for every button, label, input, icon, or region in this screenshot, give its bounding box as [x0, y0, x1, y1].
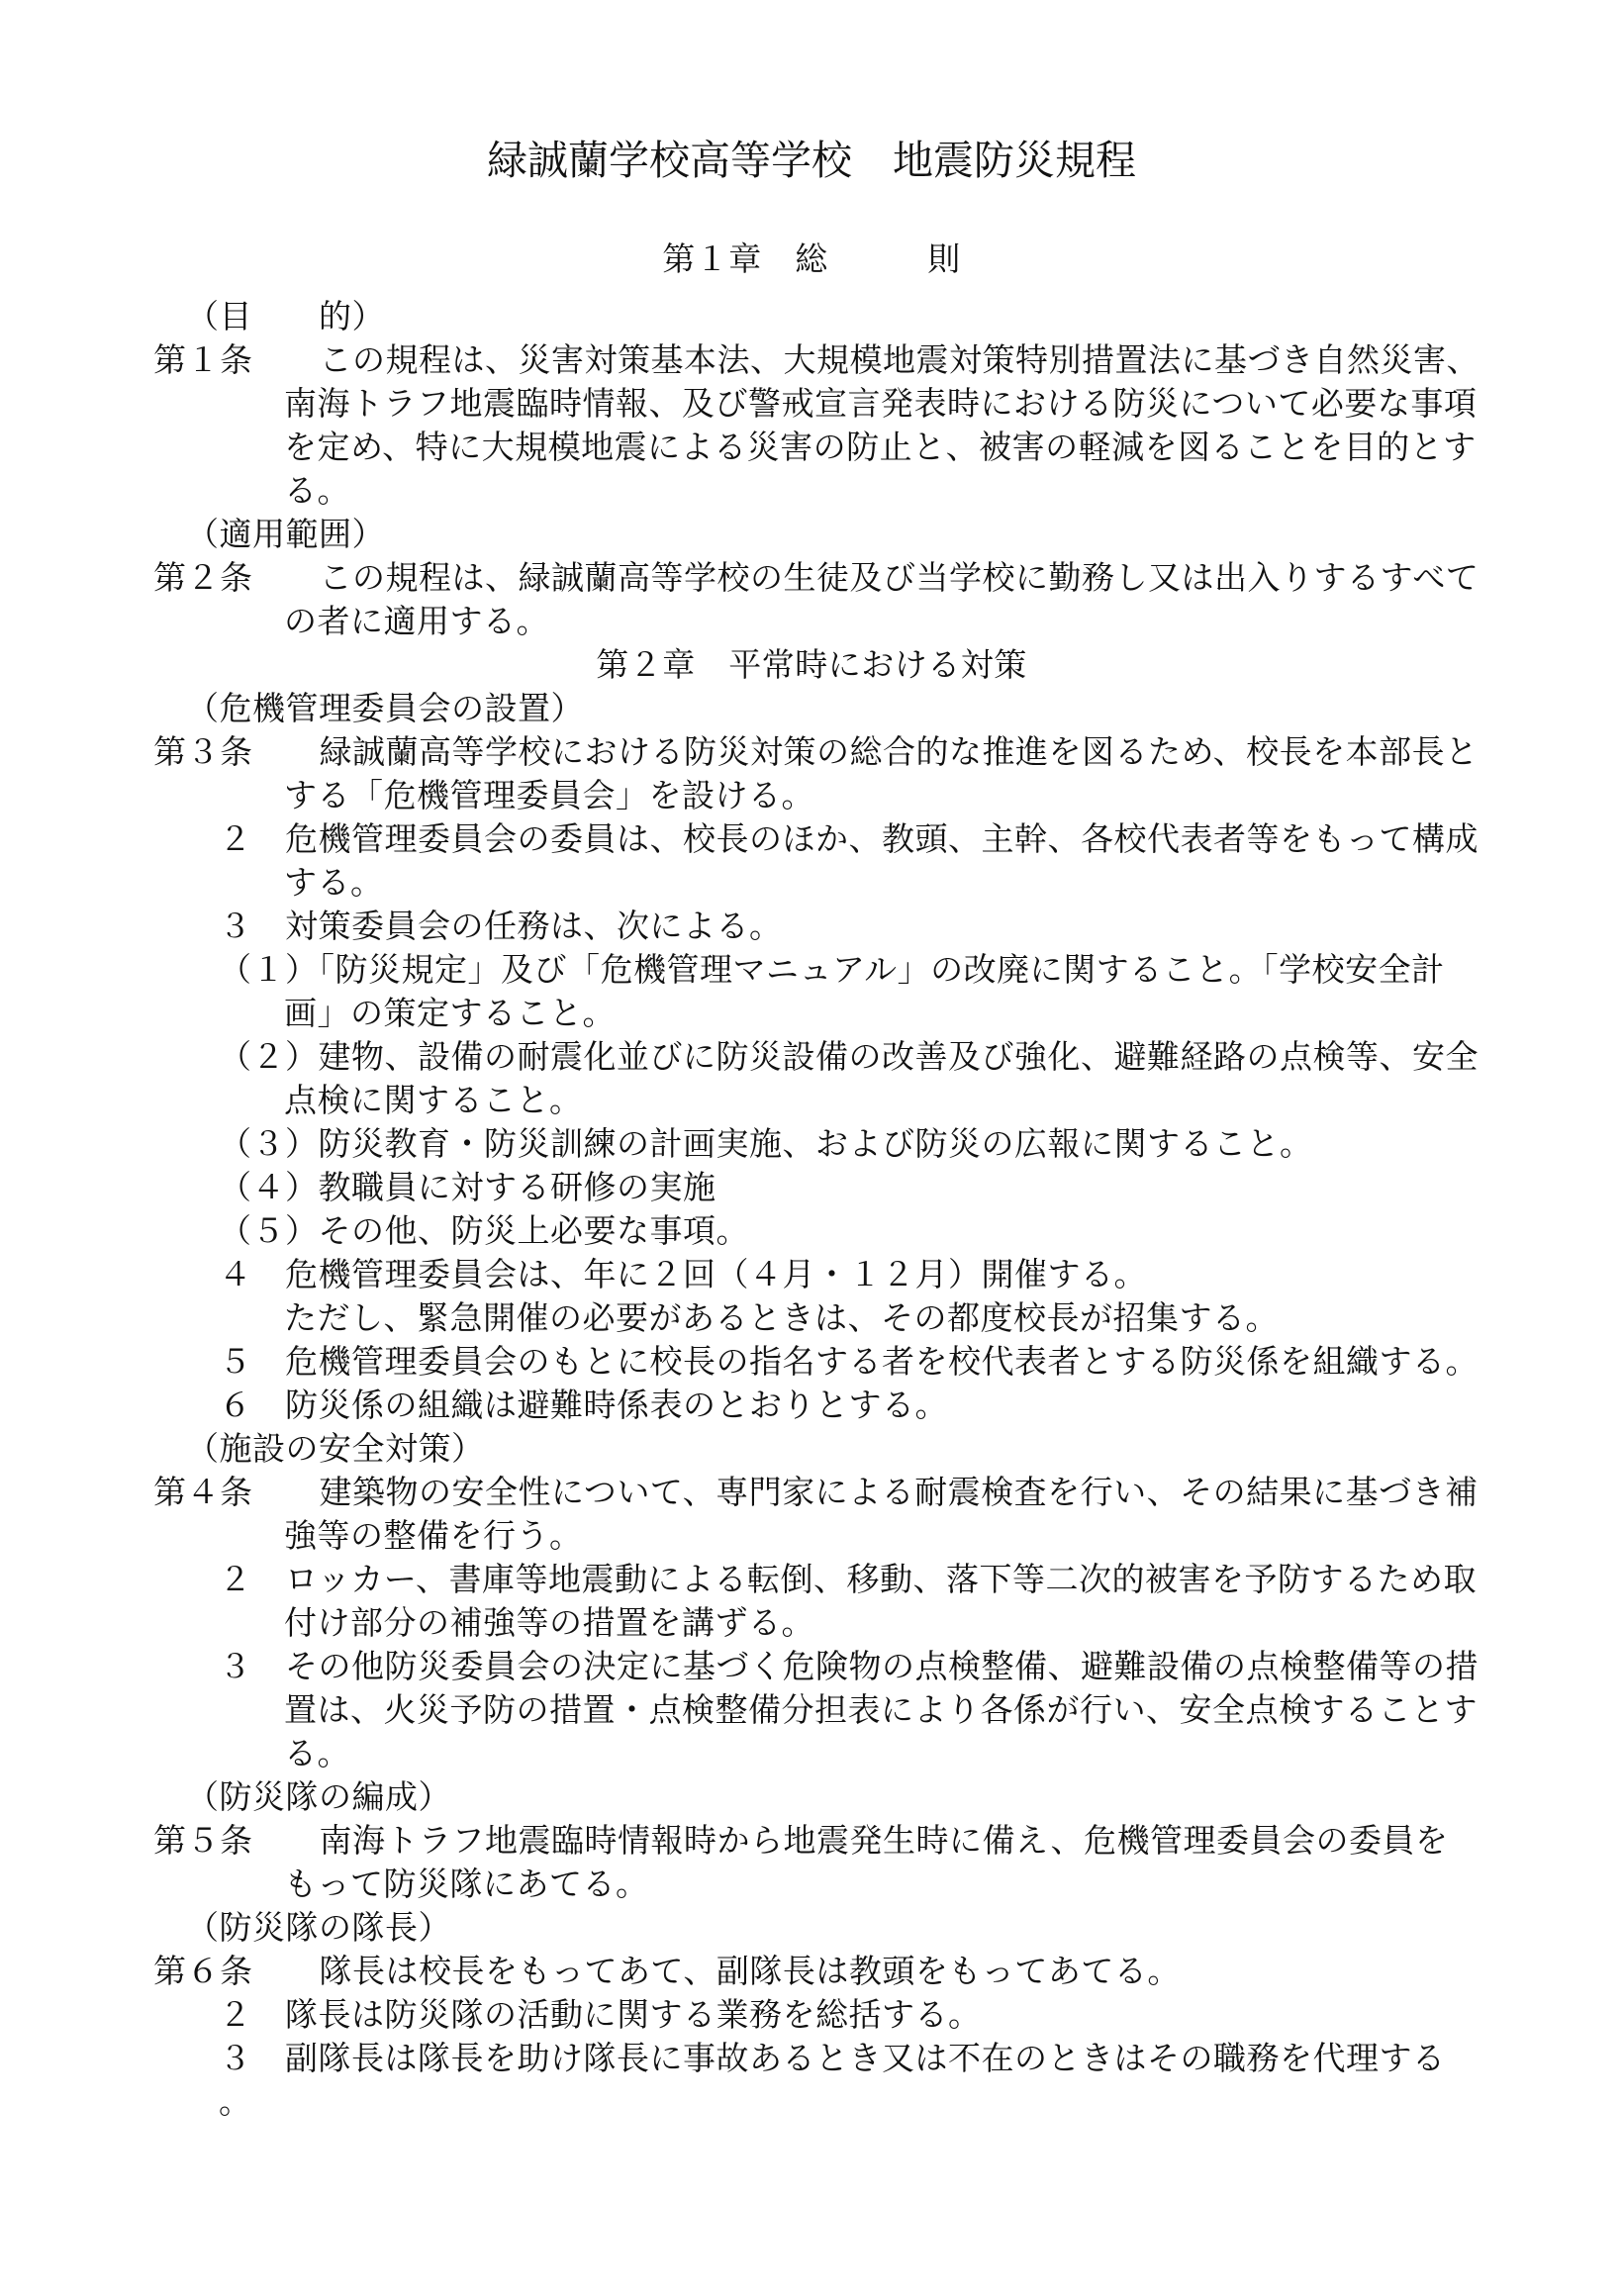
document-line: （１）「防災規定」及び「危機管理マニュアル」の改廃に関すること。「学校安全計	[153, 948, 1484, 992]
document-line: 第１条 この規程は、災害対策基本法、大規模地震対策特別措置法に基づき自然災害、	[153, 338, 1484, 382]
document-line: 強等の整備を行う。	[153, 1514, 1484, 1558]
document-line: （危機管理委員会の設置）	[153, 687, 1484, 730]
document-line: ５ 危機管理委員会のもとに校長の指名する者を校代表者とする防災係を組織する。	[153, 1340, 1484, 1384]
document-body: 第１章 総 則（目 的）第１条 この規程は、災害対策基本法、大規模地震対策特別措…	[153, 238, 1484, 2124]
document-line: （防災隊の隊長）	[153, 1906, 1484, 1950]
document-line: 。	[153, 2080, 1484, 2124]
document-line: もって防災隊にあてる。	[153, 1863, 1484, 1906]
document-line: 第４条 建築物の安全性について、専門家による耐震検査を行い、その結果に基づき補	[153, 1471, 1484, 1514]
document-line: 第２章 平常時における対策	[139, 643, 1484, 687]
document-line: ３ 副隊長は隊長を助け隊長に事故あるとき又は不在のときはその職務を代理する	[153, 2037, 1484, 2080]
document-line: （防災隊の編成）	[153, 1775, 1484, 1819]
document-line: （目 的）	[153, 295, 1484, 338]
document-title: 緑誠蘭学校高等学校 地震防災規程	[139, 134, 1484, 188]
document-line: る。	[153, 469, 1484, 513]
document-line: 南海トラフ地震臨時情報、及び警戒宣言発表時における防災について必要な事項	[153, 382, 1484, 426]
document-line: ４ 危機管理委員会は、年に２回（４月・１２月）開催する。	[153, 1253, 1484, 1296]
document-line: ６ 防災係の組織は避難時係表のとおりとする。	[153, 1384, 1484, 1427]
document-line: ２ 危機管理委員会の委員は、校長のほか、教頭、主幹、各校代表者等をもって構成	[153, 817, 1484, 861]
document-line: 付け部分の補強等の措置を講ずる。	[153, 1601, 1484, 1645]
document-line: （適用範囲）	[153, 513, 1484, 556]
document-line: （５）その他、防災上必要な事項。	[153, 1209, 1484, 1253]
document-line: （４）教職員に対する研修の実施	[153, 1166, 1484, 1209]
document-line: ２ ロッカー、書庫等地震動による転倒、移動、落下等二次的被害を予防するため取	[153, 1558, 1484, 1601]
document-line: る。	[153, 1732, 1484, 1775]
document-line: する。	[153, 861, 1484, 905]
document-line: 画」の策定すること。	[153, 992, 1484, 1035]
regulation-document-page: 緑誠蘭学校高等学校 地震防災規程 第１章 総 則（目 的）第１条 この規程は、災…	[0, 0, 1623, 2296]
document-line: 第６条 隊長は校長をもってあて、副隊長は教頭をもってあてる。	[153, 1950, 1484, 1993]
document-line: を定め、特に大規模地震による災害の防止と、被害の軽減を図ることを目的とす	[153, 426, 1484, 469]
document-line: （３）防災教育・防災訓練の計画実施、および防災の広報に関すること。	[153, 1122, 1484, 1166]
document-line: ただし、緊急開催の必要があるときは、その都度校長が招集する。	[153, 1296, 1484, 1340]
document-line: ２ 隊長は防災隊の活動に関する業務を総括する。	[153, 1993, 1484, 2037]
document-line: の者に適用する。	[153, 600, 1484, 643]
document-line: （２）建物、設備の耐震化並びに防災設備の改善及び強化、避難経路の点検等、安全	[153, 1035, 1484, 1079]
document-line: ３ その他防災委員会の決定に基づく危険物の点検整備、避難設備の点検整備等の措	[153, 1645, 1484, 1688]
document-line: 第１章 総 則	[139, 238, 1484, 281]
document-line: 第２条 この規程は、緑誠蘭高等学校の生徒及び当学校に勤務し又は出入りするすべて	[153, 556, 1484, 600]
document-line: ３ 対策委員会の任務は、次による。	[153, 905, 1484, 948]
document-line: する「危機管理委員会」を設ける。	[153, 774, 1484, 817]
document-line: 第３条 緑誠蘭高等学校における防災対策の総合的な推進を図るため、校長を本部長と	[153, 730, 1484, 774]
document-line: 置は、火災予防の措置・点検整備分担表により各係が行い、安全点検することす	[153, 1688, 1484, 1732]
document-line: 点検に関すること。	[153, 1079, 1484, 1122]
document-line: 第５条 南海トラフ地震臨時情報時から地震発生時に備え、危機管理委員会の委員を	[153, 1819, 1484, 1863]
document-line: （施設の安全対策）	[153, 1427, 1484, 1471]
